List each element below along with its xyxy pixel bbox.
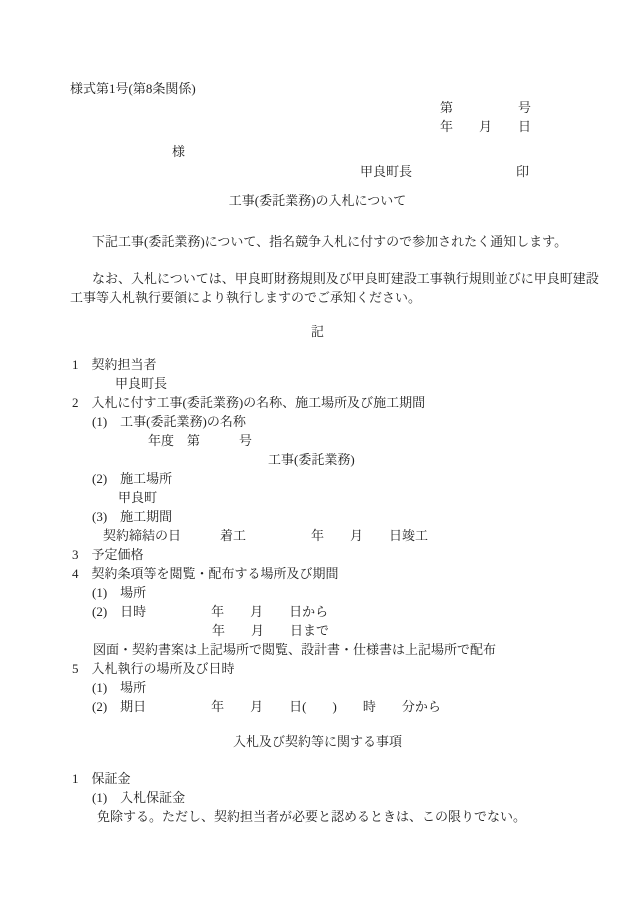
issuer-seal-line: 甲良町長 印 [360,162,565,181]
item-4-terms-viewing-label: 4 契約条項等を閲覧・配布する場所及び期間 [72,564,565,583]
item-5-1-place-label: (1) 場所 [92,678,565,697]
item-4-2-datetime-to: 年 月 日まで [212,621,565,640]
s2-item-1-1-bid-deposit-text: 免除する。ただし、契約担当者が必要と認めるときは、この限りでない。 [97,807,565,826]
form-number-label: 様式第1号(第8条関係) [70,79,565,98]
notice-paragraph-line1: なお、入札については、甲良町財務規則及び甲良町建設工事執行規則並びに甲良町建設 [92,269,565,288]
item-3-planned-price-label: 3 予定価格 [72,545,565,564]
item-2-1-fiscal-year-number: 年度 第 号 [148,431,565,450]
item-2-2-site-label: (2) 施工場所 [92,469,565,488]
intro-paragraph: 下記工事(委託業務)について、指名競争入札に付すので参加されたく通知します。 [92,232,565,251]
bid-contract-matters-heading: 入札及び契約等に関する事項 [70,732,565,751]
item-1-contract-officer-value: 甲良町長 [115,374,565,393]
item-5-bid-place-date-label: 5 入札執行の場所及び日時 [72,659,565,678]
item-2-work-name-place-period-label: 2 入札に付す工事(委託業務)の名称、施工場所及び施工期間 [72,393,565,412]
doc-number-line: 第 号 [440,98,565,117]
item-4-distribution-note: 図面・契約書案は上記場所で閲覧、設計書・仕様書は上記場所で配布 [93,640,565,659]
item-5-2-date-label: (2) 期日 年 月 日( ) 時 分から [92,697,565,716]
item-4-1-place-label: (1) 場所 [92,583,565,602]
item-1-contract-officer-label: 1 契約担当者 [72,355,565,374]
notice-paragraph-line2: 工事等入札執行要領により執行しますのでご承知ください。 [70,288,565,307]
item-2-1-work-suffix: 工事(委託業務) [268,450,565,469]
item-2-3-period-value: 契約締結の日 着工 年 月 日竣工 [103,526,565,545]
item-4-2-datetime-from: (2) 日時 年 月 日から [92,602,565,621]
item-2-3-period-label: (3) 施工期間 [92,507,565,526]
s2-item-1-deposit-label: 1 保証金 [72,769,565,788]
item-2-1-work-name-label: (1) 工事(委託業務)の名称 [92,412,565,431]
document-title: 工事(委託業務)の入札について [70,191,565,210]
doc-date-line: 年 月 日 [440,117,565,136]
addressee-line: 様 [172,142,565,161]
ki-marker: 記 [70,322,565,341]
item-2-2-site-value: 甲良町 [118,488,565,507]
document-page: 様式第1号(第8条関係) 第 号 年 月 日 様 甲良町長 印 工事(委託業務)… [0,0,630,903]
s2-item-1-1-bid-deposit-label: (1) 入札保証金 [92,788,565,807]
